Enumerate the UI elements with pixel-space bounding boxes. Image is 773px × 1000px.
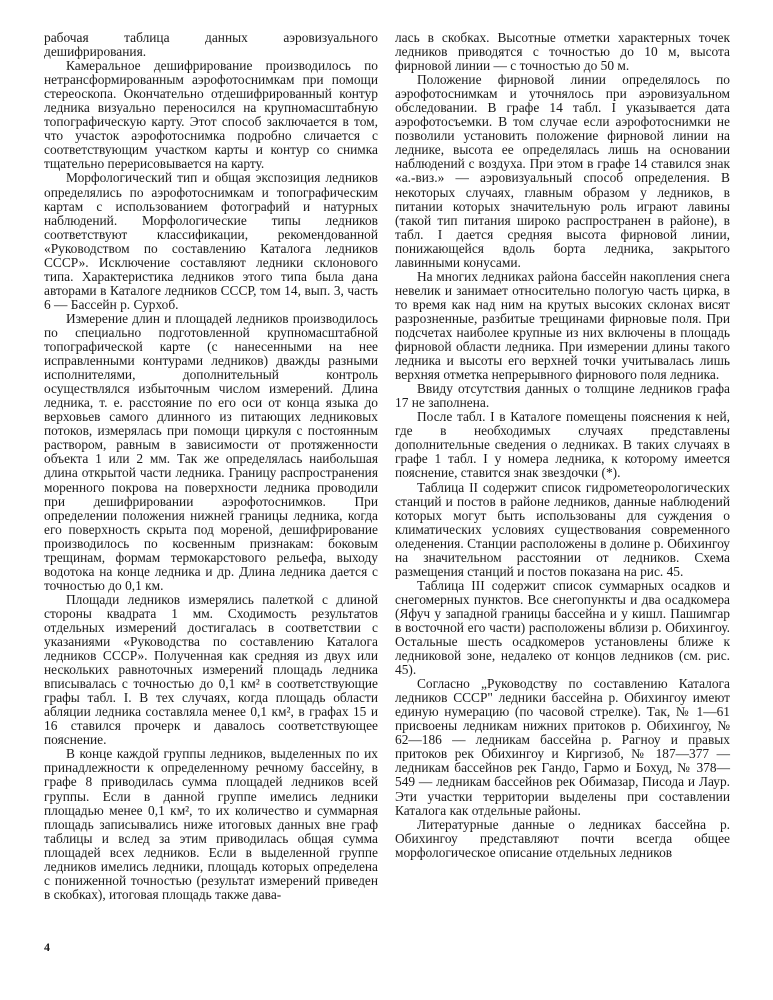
- page-number: 4: [44, 940, 50, 955]
- paragraph-explanations: После табл. I в Каталоге помещены поясне…: [395, 410, 730, 480]
- paragraph-thickness: Ввиду отсутствия данных о толщине ледник…: [395, 382, 730, 410]
- paragraph-area-measurement: Площади ледников измерялись палеткой с д…: [44, 593, 378, 748]
- paragraph-continuation: лась в скобках. Высотные отметки характе…: [395, 31, 730, 73]
- paragraph-continuation: рабочая таблица данных аэровизуального д…: [44, 31, 378, 59]
- paragraph-cameral-interpretation: Камеральное дешифрирование производилось…: [44, 59, 378, 171]
- left-column: рабочая таблица данных аэровизуального д…: [44, 31, 378, 902]
- paragraph-numbering: Согласно „Руководству по составлению Кат…: [395, 677, 730, 817]
- paragraph-length-measurement: Измерение длин и площадей ледников произ…: [44, 312, 378, 593]
- paragraph-table-3: Таблица III содержит список суммарных ос…: [395, 579, 730, 677]
- right-column: лась в скобках. Высотные отметки характе…: [395, 31, 730, 860]
- paragraph-table-2: Таблица II содержит список гидрометеорол…: [395, 481, 730, 579]
- paragraph-morphological-type: Морфологический тип и общая экспозиция л…: [44, 171, 378, 311]
- paragraph-accumulation-basin: На многих ледниках района бассейн накопл…: [395, 270, 730, 382]
- paragraph-literature: Литературные данные о ледниках бассейна …: [395, 818, 730, 860]
- paragraph-firn-line: Положение фирновой линии определялось по…: [395, 73, 730, 270]
- paragraph-group-totals: В конце каждой группы ледников, выделенн…: [44, 747, 378, 902]
